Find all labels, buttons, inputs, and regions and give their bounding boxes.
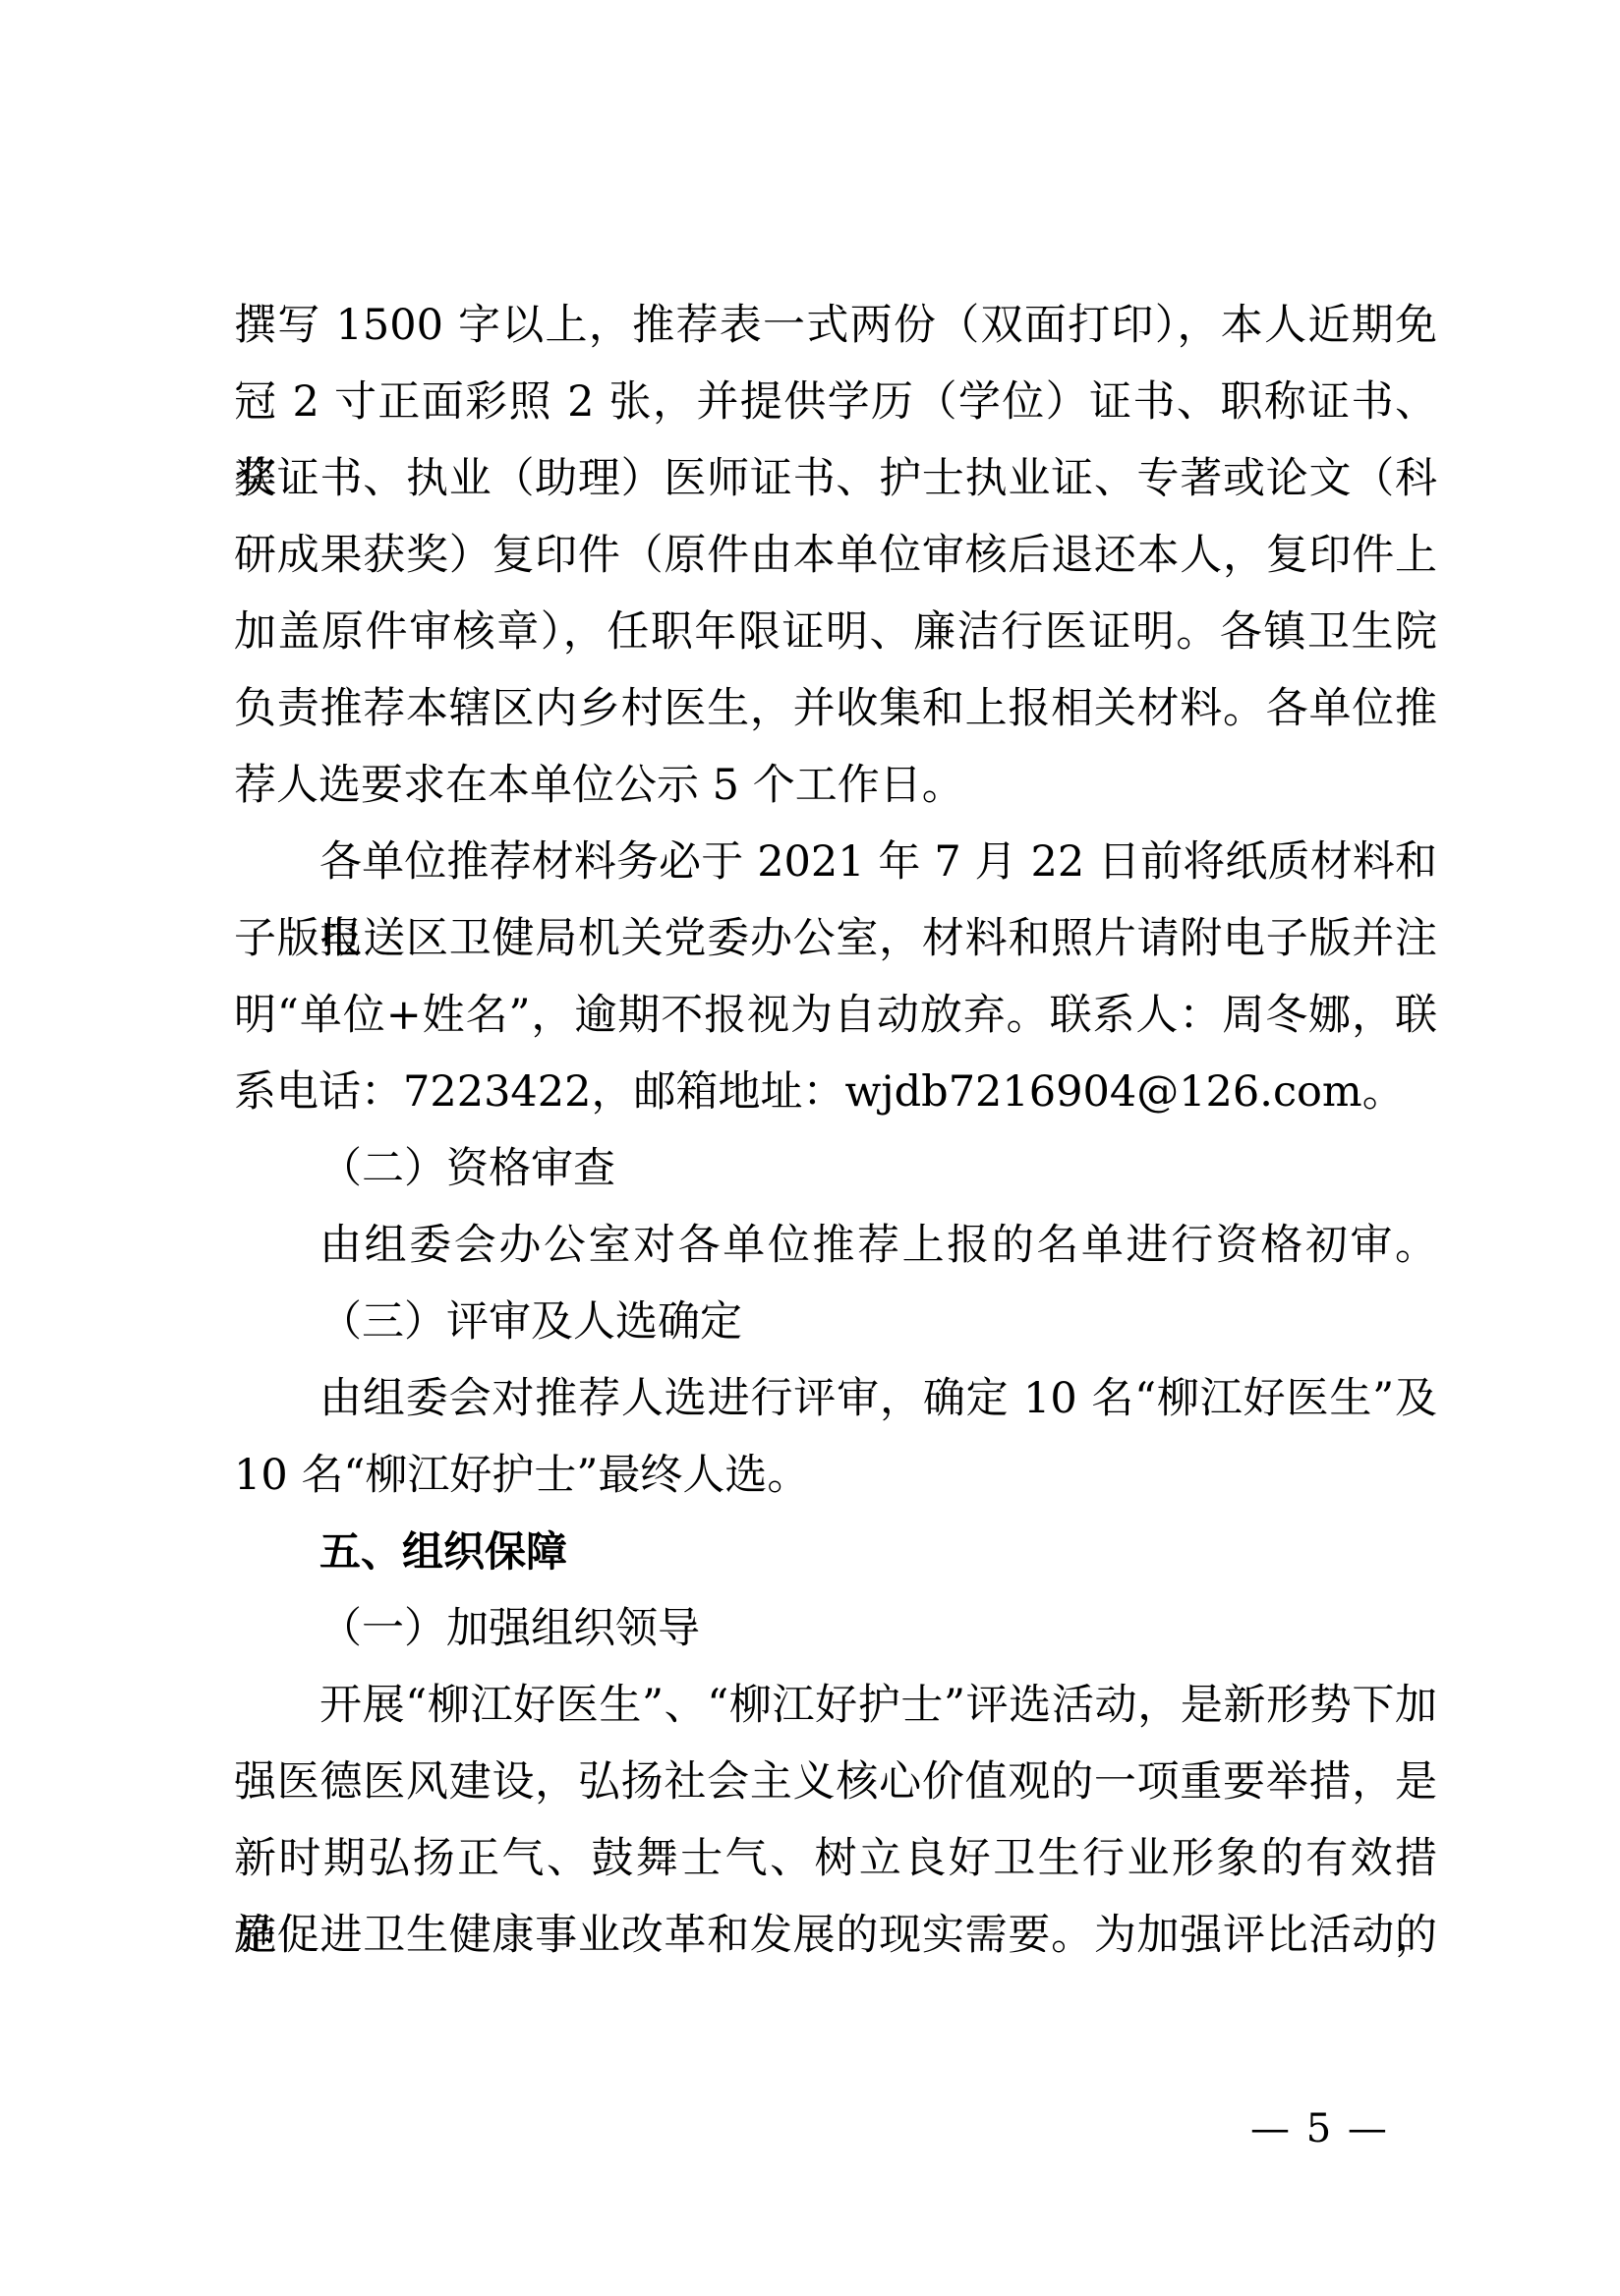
subheading-2: （二）资格审查 (234, 1130, 1437, 1207)
doc-line: 奖证书、执业（助理）医师证书、护士执业证、专著或论文（科 (234, 440, 1437, 517)
subheading-3: （三）评审及人选确定 (234, 1284, 1437, 1360)
doc-line: 子版报送区卫健局机关党委办公室，材料和照片请附电子版并注 (234, 900, 1437, 977)
doc-line: 荐人选要求在本单位公示 5 个工作日。 (234, 747, 1437, 824)
heading-section-5: 五、组织保障 (234, 1514, 1437, 1590)
doc-line: 撰写 1500 字以上，推荐表一式两份（双面打印），本人近期免 (234, 287, 1437, 364)
doc-line: 研成果获奖）复印件（原件由本单位审核后退还本人，复印件上 (234, 517, 1437, 594)
doc-line: 是促进卫生健康事业改革和发展的现实需要。为加强评比活动的 (234, 1897, 1437, 1974)
doc-line: 负责推荐本辖区内乡村医生，并收集和上报相关材料。各单位推 (234, 670, 1437, 747)
doc-line: 10 名“柳江好护士”最终人选。 (234, 1437, 1437, 1514)
doc-line: 由组委会办公室对各单位推荐上报的名单进行资格初审。 (234, 1207, 1437, 1284)
doc-line: 系电话：7223422，邮箱地址：wjdb7216904@126.com。 (234, 1054, 1437, 1130)
document-page: 撰写 1500 字以上，推荐表一式两份（双面打印），本人近期免 冠 2 寸正面彩… (0, 0, 1620, 2296)
doc-line: 明“单位+姓名”，逾期不报视为自动放弃。联系人：周冬娜，联 (234, 977, 1437, 1054)
doc-line: 由组委会对推荐人选进行评审，确定 10 名“柳江好医生”及 (234, 1360, 1437, 1437)
doc-line: 冠 2 寸正面彩照 2 张，并提供学历（学位）证书、职称证书、获 (234, 364, 1437, 440)
doc-line: 开展“柳江好医生”、“柳江好护士”评选活动，是新形势下加 (234, 1667, 1437, 1744)
doc-line: 加盖原件审核章），任职年限证明、廉洁行医证明。各镇卫生院 (234, 594, 1437, 670)
page-number: — 5 — (1250, 2103, 1389, 2154)
doc-line: 新时期弘扬正气、鼓舞士气、树立良好卫生行业形象的有效措施， (234, 1820, 1437, 1897)
subheading-1: （一）加强组织领导 (234, 1590, 1437, 1667)
document-body: 撰写 1500 字以上，推荐表一式两份（双面打印），本人近期免 冠 2 寸正面彩… (234, 287, 1437, 1974)
doc-line: 各单位推荐材料务必于 2021 年 7 月 22 日前将纸质材料和电 (234, 824, 1437, 900)
doc-line: 强医德医风建设，弘扬社会主义核心价值观的一项重要举措，是 (234, 1744, 1437, 1820)
